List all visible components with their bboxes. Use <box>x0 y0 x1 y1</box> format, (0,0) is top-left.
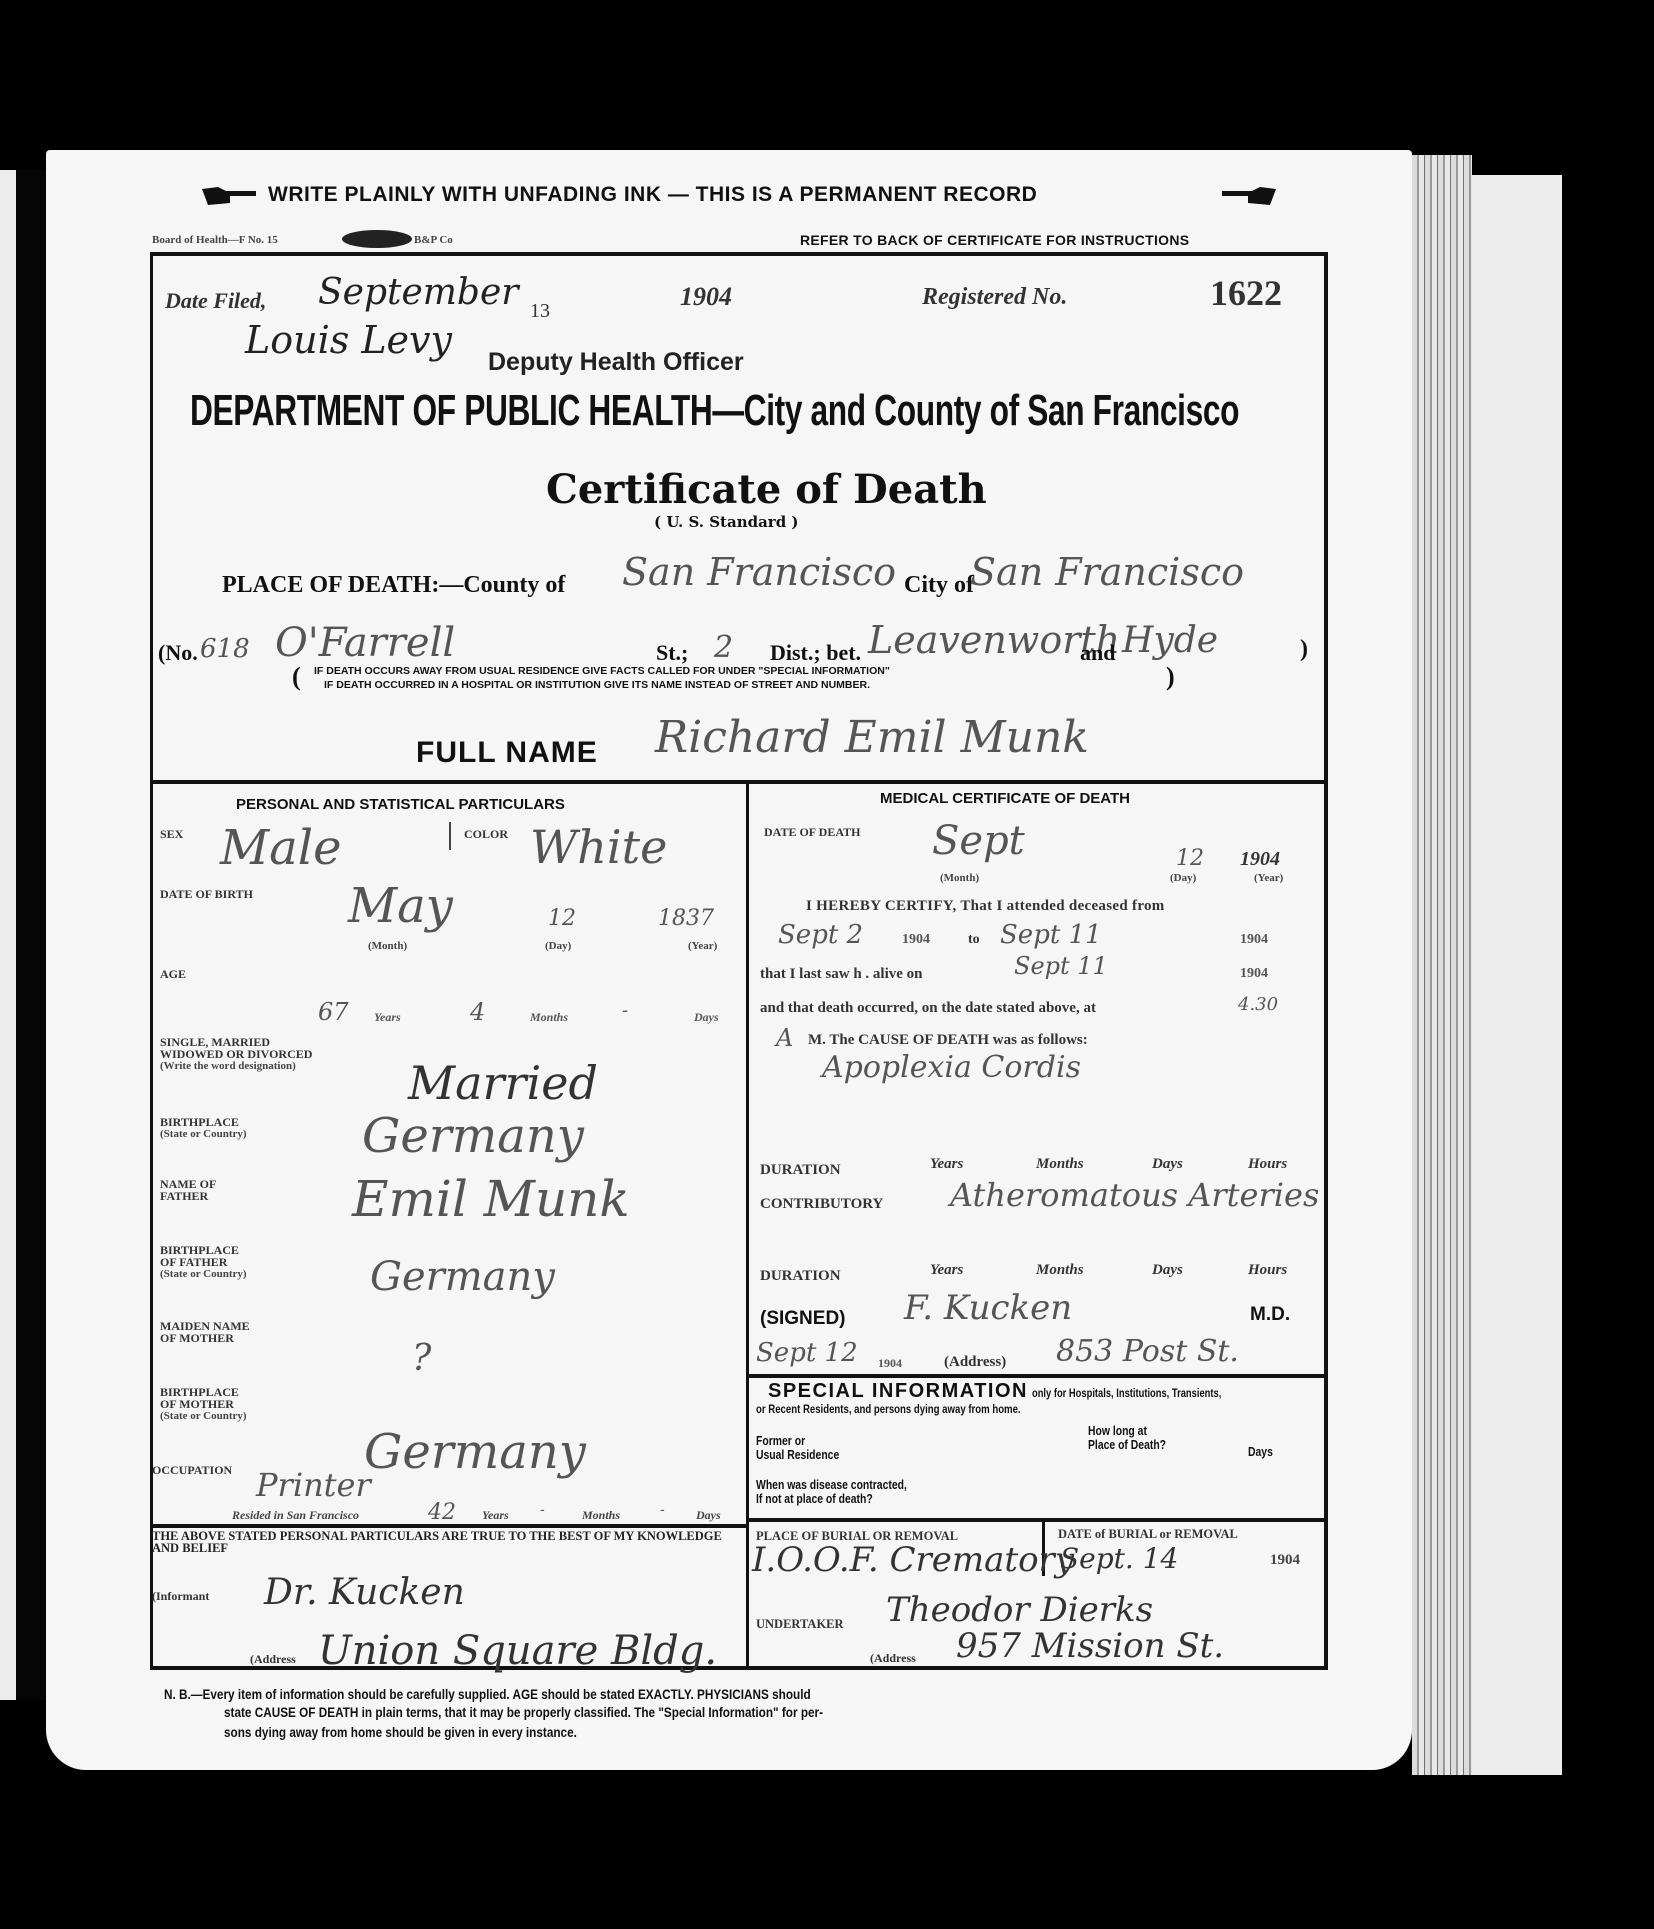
father-bp-label-2: OF FATHER <box>160 1256 227 1268</box>
officer-signature: Louis Levy <box>245 318 452 362</box>
note-close-paren: ) <box>1166 662 1175 692</box>
dod-day: 12 <box>1176 846 1204 871</box>
duration-days-1: Days <box>1152 1156 1183 1173</box>
former-residence-label: Former or Usual Residence <box>756 1434 839 1462</box>
footer-note-line1: N. B.—Every item of information should b… <box>164 1686 811 1702</box>
dod-month-caption: (Month) <box>940 872 979 884</box>
special-divider <box>749 1374 1326 1378</box>
mother-name: ? <box>412 1338 431 1379</box>
date-filed-label: Date Filed, <box>165 288 266 314</box>
signed-year: 1904 <box>878 1356 902 1371</box>
former-label-2: Usual Residence <box>756 1448 839 1462</box>
age-days: - <box>622 1000 628 1021</box>
undertaker-address-label: (Address <box>870 1652 916 1664</box>
marital-label-3: (Write the word designation) <box>160 1060 296 1072</box>
mother-birthplace: Germany <box>364 1424 586 1480</box>
district-value: 2 <box>714 630 733 665</box>
certificate-subtitle: ( U. S. Standard ) <box>654 513 799 531</box>
instructions-note: REFER TO BACK OF CERTIFICATE FOR INSTRUC… <box>800 232 1189 248</box>
age-years: 67 <box>318 998 349 1026</box>
mother-label-2: OF MOTHER <box>160 1332 234 1344</box>
banner-text: WRITE PLAINLY WITH UNFADING INK — THIS I… <box>268 183 1037 207</box>
birthplace-label-1: BIRTHPLACE <box>160 1116 239 1128</box>
dob-year-caption: (Year) <box>688 940 717 952</box>
department-heading: DEPARTMENT OF PUBLIC HEALTH—City and Cou… <box>190 386 1239 436</box>
duration-days-2: Days <box>1152 1262 1183 1279</box>
special-heading-line2: or Recent Residents, and persons dying a… <box>756 1402 1021 1416</box>
burial-place: I.O.O.F. Crematory <box>752 1540 1074 1580</box>
dob-month: May <box>348 878 453 934</box>
resided-months-caption: Months <box>582 1508 620 1523</box>
county-value: San Francisco <box>622 550 896 594</box>
father-birthplace: Germany <box>370 1254 555 1300</box>
informant-name: Dr. Kucken <box>264 1572 465 1613</box>
street-no-label: (No. <box>158 640 198 666</box>
duration-hours-1: Hours <box>1248 1156 1287 1173</box>
resided-days-caption: Days <box>696 1508 721 1523</box>
registered-no: 1622 <box>1210 272 1282 314</box>
duration-label-2: DURATION <box>760 1268 841 1285</box>
dob-year: 1837 <box>658 906 714 931</box>
contributory-cause: Atheromatous Arteries <box>950 1176 1319 1214</box>
cause-statement: M. The CAUSE OF DEATH was as follows: <box>808 1032 1088 1049</box>
adjacent-page-edge <box>0 170 16 1700</box>
residence-note-1: IF DEATH OCCURS AWAY FROM USUAL RESIDENC… <box>314 665 890 677</box>
mother-bp-label-2: OF MOTHER <box>160 1398 234 1410</box>
page-stack-edge <box>1412 155 1472 1775</box>
city-value: San Francisco <box>970 550 1244 594</box>
burial-date-label: DATE of BURIAL or REMOVAL <box>1058 1528 1238 1540</box>
occupation-label: OCCUPATION <box>152 1464 232 1476</box>
md-label: M.D. <box>1250 1304 1290 1326</box>
age-months: 4 <box>470 998 485 1026</box>
sex-value: Male <box>220 820 342 876</box>
special-heading-rest: only for Hospitals, Institutions, Transi… <box>1032 1386 1221 1400</box>
date-filed-month: September <box>318 272 518 313</box>
certificate-title: Certificate of Death <box>546 466 987 513</box>
burial-divider <box>749 1518 1326 1522</box>
footer-note-line3: sons dying away from home should be give… <box>224 1724 577 1740</box>
resided-label: Resided in San Francisco <box>232 1508 359 1523</box>
section-divider <box>151 780 1326 784</box>
resided-years-caption: Years <box>482 1508 509 1523</box>
father-name: Emil Munk <box>352 1170 630 1228</box>
dod-day-caption: (Day) <box>1170 872 1196 884</box>
age-label: AGE <box>160 968 186 980</box>
burial-year: 1904 <box>1270 1552 1300 1569</box>
attest-divider <box>151 1524 746 1528</box>
medical-heading: MEDICAL CERTIFICATE OF DEATH <box>880 790 1130 807</box>
note-open-paren: ( <box>292 662 301 692</box>
informant-address: Union Square Bldg. <box>318 1628 717 1674</box>
cause-of-death: Apoplexia Cordis <box>822 1050 1081 1085</box>
book-gutter <box>16 170 46 1700</box>
last-saw-year: 1904 <box>1240 966 1268 982</box>
marital-value: Married <box>408 1056 598 1110</box>
attended-to: Sept 11 <box>1000 920 1102 950</box>
how-long-label-2: Place of Death? <box>1088 1438 1166 1452</box>
signed-date: Sept 12 <box>756 1338 858 1368</box>
resided-days: - <box>660 1502 665 1518</box>
duration-months-1: Months <box>1036 1156 1084 1173</box>
close-paren: ) <box>1300 636 1308 663</box>
dob-day: 12 <box>548 906 576 931</box>
dod-label: DATE OF DEATH <box>764 826 860 838</box>
contributory-label: CONTRIBUTORY <box>760 1196 883 1213</box>
duration-years-2: Years <box>930 1262 963 1279</box>
dob-day-caption: (Day) <box>545 940 571 952</box>
district-label: Dist.; bet. <box>770 640 861 666</box>
dob-label: DATE OF BIRTH <box>160 888 253 900</box>
duration-months-2: Months <box>1036 1262 1084 1279</box>
undertaker-label: UNDERTAKER <box>756 1618 844 1630</box>
to-label: to <box>968 932 980 948</box>
union-label-icon <box>342 230 412 248</box>
how-long-days-label: Days <box>1248 1444 1273 1459</box>
and-label: and <box>1080 640 1115 666</box>
street-name: O'Farrell <box>275 620 455 666</box>
duration-years-1: Years <box>930 1156 963 1173</box>
place-of-death-label: PLACE OF DEATH:—County of <box>222 572 565 599</box>
cross-street-2: Hyde <box>1122 620 1218 661</box>
full-name-value: Richard Emil Munk <box>655 712 1089 763</box>
pointing-hand-left-icon <box>200 183 260 212</box>
color-value: White <box>530 820 667 874</box>
signed-label: (SIGNED) <box>760 1308 846 1330</box>
date-filed-year: 1904 <box>680 282 732 312</box>
special-heading-row: SPECIAL INFORMATION only for Hospitals, … <box>768 1380 1275 1403</box>
physician-signature: F. Kucken <box>904 1288 1072 1328</box>
street-number: 618 <box>200 634 250 664</box>
attended-from-year: 1904 <box>902 932 930 948</box>
mother-bp-label-3: (State or Country) <box>160 1410 247 1422</box>
special-heading: SPECIAL INFORMATION <box>768 1380 1028 1402</box>
contracted-label-1: When was disease contracted, <box>756 1478 907 1492</box>
undertaker-name: Theodor Dierks <box>886 1590 1153 1630</box>
form-number: Board of Health—F No. 15 <box>152 234 278 246</box>
duration-hours-2: Hours <box>1248 1262 1287 1279</box>
sex-color-divider <box>449 822 451 850</box>
marital-label-2: WIDOWED OR DIVORCED <box>160 1048 312 1060</box>
attest-statement: THE ABOVE STATED PERSONAL PARTICULARS AR… <box>152 1530 742 1554</box>
full-name-label: FULL NAME <box>416 736 598 770</box>
pointing-hand-right-icon <box>1218 183 1278 212</box>
certify-statement: I HEREBY CERTIFY, That I attended deceas… <box>806 898 1165 915</box>
how-long-label: How long at Place of Death? <box>1088 1424 1166 1452</box>
sex-label: SEX <box>160 828 183 840</box>
birthplace-label-2: (State or Country) <box>160 1128 247 1140</box>
dod-year-caption: (Year) <box>1254 872 1283 884</box>
informant-address-label: (Address <box>250 1653 296 1665</box>
contracted-label: When was disease contracted, If not at p… <box>756 1478 907 1506</box>
column-divider <box>746 784 749 1668</box>
how-long-label-1: How long at <box>1088 1424 1166 1438</box>
informant-label: (Informant <box>152 1590 209 1602</box>
physician-address-label: (Address) <box>944 1354 1006 1371</box>
last-saw-date: Sept 11 <box>1014 952 1108 980</box>
occupation-value: Printer <box>256 1466 371 1504</box>
date-filed-day: 13 <box>530 300 550 323</box>
age-years-caption: Years <box>374 1010 401 1025</box>
last-saw-statement: that I last saw h . alive on <box>760 966 923 983</box>
residence-note-2: IF DEATH OCCURRED IN A HOSPITAL OR INSTI… <box>324 679 870 691</box>
city-label: City of <box>904 572 974 599</box>
street-suffix-label: St.; <box>656 640 688 666</box>
attended-from: Sept 2 <box>778 920 863 950</box>
dob-month-caption: (Month) <box>368 940 407 952</box>
dod-year: 1904 <box>1240 848 1280 871</box>
footer-note-line2: state CAUSE OF DEATH in plain terms, tha… <box>224 1704 823 1720</box>
resided-months: - <box>540 1502 545 1518</box>
dod-month: Sept <box>932 818 1025 864</box>
officer-title: Deputy Health Officer <box>488 348 744 377</box>
certificate-frame <box>150 252 1328 1670</box>
resided-years: 42 <box>428 1500 456 1525</box>
color-label: COLOR <box>464 828 508 840</box>
age-days-caption: Days <box>694 1010 719 1025</box>
father-bp-label-3: (State or Country) <box>160 1268 247 1280</box>
father-label-2: FATHER <box>160 1190 208 1202</box>
back-page-edge <box>1472 175 1562 1775</box>
time-of-death: 4.30 <box>1238 994 1278 1015</box>
printer-mark: B&P Co <box>414 234 453 246</box>
meridiem: A <box>776 1024 793 1052</box>
personal-heading: PERSONAL AND STATISTICAL PARTICULARS <box>236 796 565 813</box>
physician-address: 853 Post St. <box>1056 1334 1239 1369</box>
duration-label-1: DURATION <box>760 1162 841 1179</box>
age-months-caption: Months <box>530 1010 568 1025</box>
attended-to-year: 1904 <box>1240 932 1268 948</box>
contracted-label-2: If not at place of death? <box>756 1492 907 1506</box>
undertaker-address: 957 Mission St. <box>956 1626 1224 1666</box>
registered-no-label: Registered No. <box>922 284 1067 311</box>
birthplace-value: Germany <box>362 1108 584 1164</box>
burial-date: Sept. 14 <box>1060 1542 1178 1575</box>
occurred-statement: and that death occurred, on the date sta… <box>760 1000 1096 1017</box>
former-label-1: Former or <box>756 1434 839 1448</box>
